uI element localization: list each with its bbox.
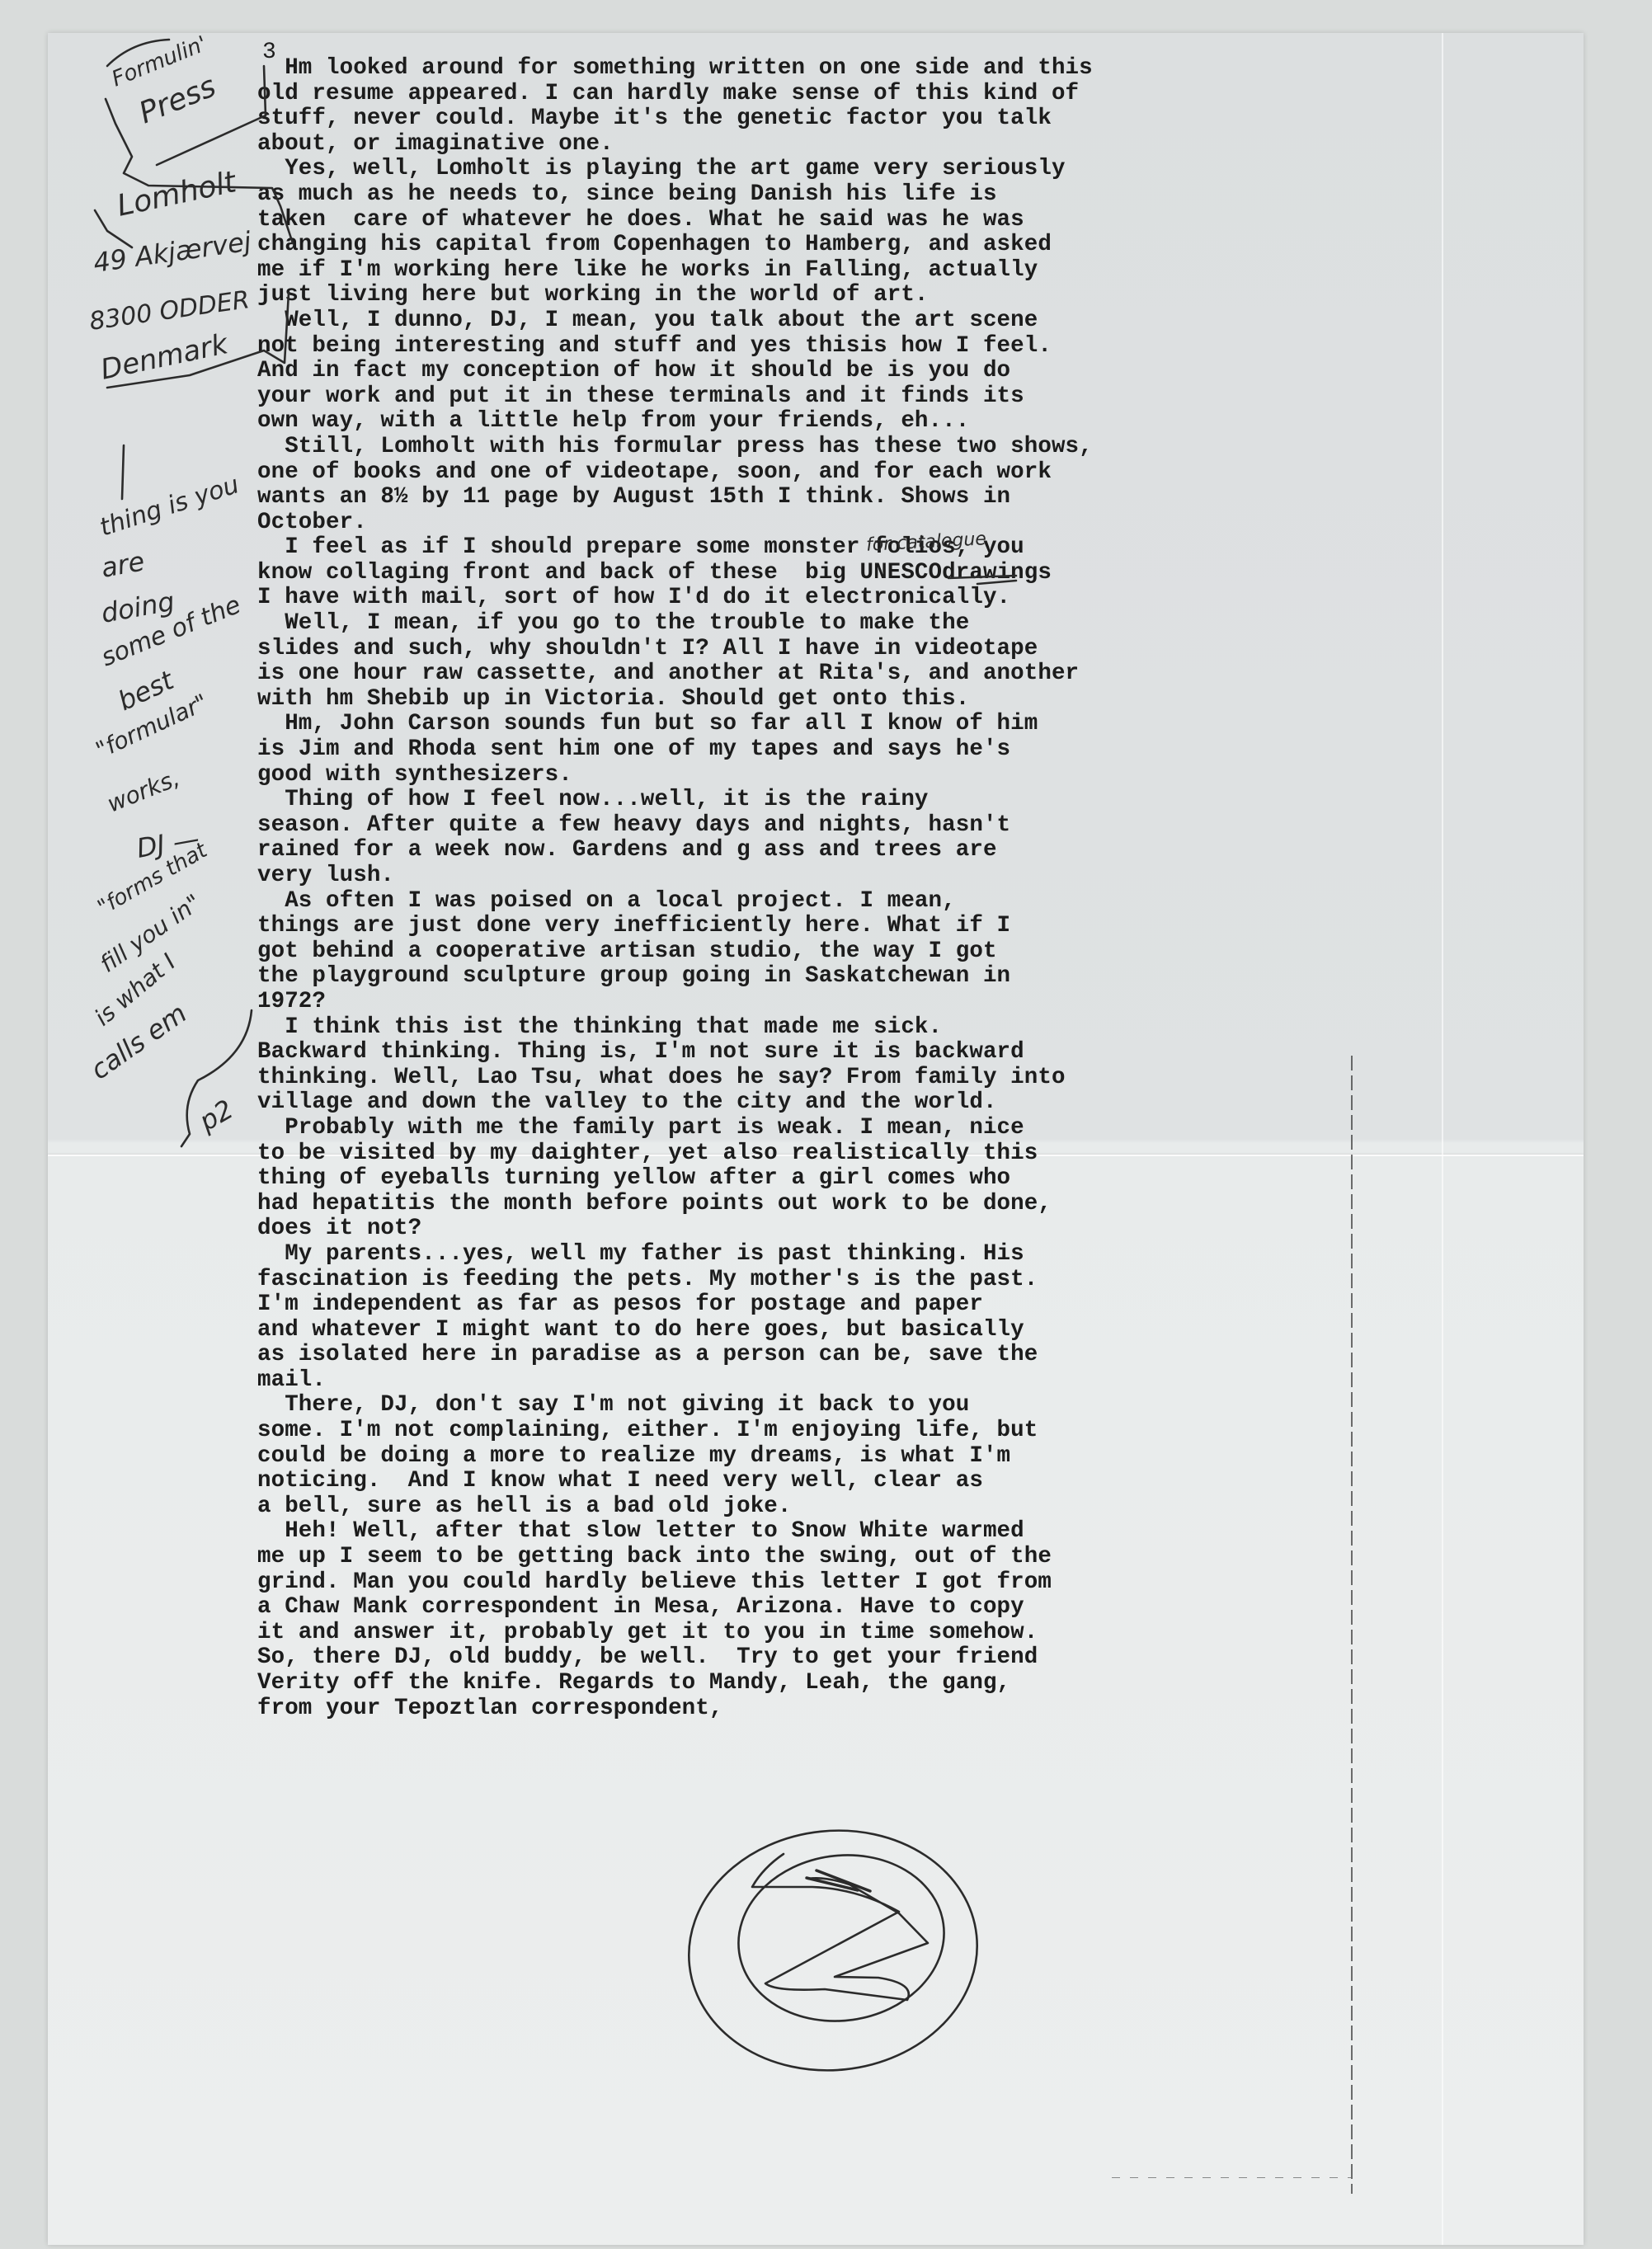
text-line: as much as he needs to, since being Dani… — [257, 182, 1330, 208]
text-line: had hepatitis the month before points ou… — [257, 1192, 1330, 1217]
text-line: Probably with me the family part is weak… — [257, 1116, 1330, 1141]
text-line: the playground sculpture group going in … — [257, 964, 1330, 990]
text-line: I have with mail, sort of how I'd do it … — [257, 586, 1330, 611]
text-line: your work and put it in these terminals … — [257, 384, 1330, 410]
text-line: and whatever I might want to do here goe… — [257, 1318, 1330, 1343]
text-line: is Jim and Rhoda sent him one of my tape… — [257, 737, 1330, 763]
text-line: So, there DJ, old buddy, be well. Try to… — [257, 1645, 1330, 1671]
text-line: mail. — [257, 1368, 1330, 1394]
text-line: not being interesting and stuff and yes … — [257, 334, 1330, 360]
text-line: got behind a cooperative artisan studio,… — [257, 939, 1330, 965]
text-line: from your Tepoztlan correspondent, — [257, 1696, 1330, 1722]
text-line: My parents...yes, well my father is past… — [257, 1242, 1330, 1268]
text-line: things are just done very inefficiently … — [257, 914, 1330, 939]
text-line: good with synthesizers. — [257, 763, 1330, 788]
text-line: know collaging front and back of these b… — [257, 561, 1330, 586]
text-line: with hm Shebib up in Victoria. Should ge… — [257, 687, 1330, 713]
text-line: taken care of whatever he does. What he … — [257, 208, 1330, 233]
letter-body: Hm looked around for something written o… — [257, 56, 1330, 1721]
text-line: village and down the valley to the city … — [257, 1090, 1330, 1116]
text-line: Backward thinking. Thing is, I'm not sur… — [257, 1040, 1330, 1066]
text-line: old resume appeared. I can hardly make s… — [257, 82, 1330, 107]
text-line: thing of eyeballs turning yellow after a… — [257, 1166, 1330, 1192]
text-line: slides and such, why shouldn't I? All I … — [257, 637, 1330, 662]
text-line: to be visited by my daighter, yet also r… — [257, 1141, 1330, 1167]
text-line: grind. Man you could hardly believe this… — [257, 1570, 1330, 1596]
text-line: Yes, well, Lomholt is playing the art ga… — [257, 157, 1330, 182]
text-line: I feel as if I should prepare some monst… — [257, 535, 1330, 561]
text-line: October. — [257, 510, 1330, 536]
text-line: wants an 8½ by 11 page by August 15th I … — [257, 485, 1330, 510]
text-line: does it not? — [257, 1216, 1330, 1242]
text-line: as isolated here in paradise as a person… — [257, 1343, 1330, 1368]
text-line: Well, I mean, if you go to the trouble t… — [257, 611, 1330, 637]
text-line: Hm looked around for something written o… — [257, 56, 1330, 82]
text-line: Thing of how I feel now...well, it is th… — [257, 788, 1330, 813]
text-line: it and answer it, probably get it to you… — [257, 1621, 1330, 1646]
text-line: rained for a week now. Gardens and g ass… — [257, 838, 1330, 863]
text-line: just living here but working in the worl… — [257, 283, 1330, 308]
text-line: noticing. And I know what I need very we… — [257, 1469, 1330, 1494]
text-line: a bell, sure as hell is a bad old joke. — [257, 1494, 1330, 1520]
text-line: could be doing a more to realize my drea… — [257, 1444, 1330, 1470]
text-line: I think this ist the thinking that made … — [257, 1015, 1330, 1041]
text-line: And in fact my conception of how it shou… — [257, 359, 1330, 384]
right-margin-mark — [1351, 1056, 1353, 2194]
text-line: season. After quite a few heavy days and… — [257, 813, 1330, 839]
text-line: me up I seem to be getting back into the… — [257, 1545, 1330, 1570]
text-line: own way, with a little help from your fr… — [257, 409, 1330, 435]
text-line: I'm independent as far as pesos for post… — [257, 1292, 1330, 1318]
text-line: me if I'm working here like he works in … — [257, 258, 1330, 284]
text-line: Still, Lomholt with his formular press h… — [257, 435, 1330, 460]
text-line: Hm, John Carson sounds fun but so far al… — [257, 712, 1330, 737]
text-line: stuff, never could. Maybe it's the genet… — [257, 106, 1330, 132]
text-line: There, DJ, don't say I'm not giving it b… — [257, 1393, 1330, 1419]
text-line: some. I'm not complaining, either. I'm e… — [257, 1419, 1330, 1444]
text-line: one of books and one of videotape, soon,… — [257, 460, 1330, 486]
vertical-crease — [1442, 33, 1443, 2245]
text-line: Heh! Well, after that slow letter to Sno… — [257, 1519, 1330, 1545]
text-line: As often I was poised on a local project… — [257, 889, 1330, 915]
text-line: about, or imaginative one. — [257, 132, 1330, 158]
text-line: a Chaw Mank correspondent in Mesa, Arizo… — [257, 1595, 1330, 1621]
text-line: Well, I dunno, DJ, I mean, you talk abou… — [257, 308, 1330, 334]
text-line: fascination is feeding the pets. My moth… — [257, 1268, 1330, 1293]
text-line: changing his capital from Copenhagen to … — [257, 233, 1330, 258]
text-line: is one hour raw cassette, and another at… — [257, 661, 1330, 687]
text-line: Verity off the knife. Regards to Mandy, … — [257, 1671, 1330, 1696]
text-line: thinking. Well, Lao Tsu, what does he sa… — [257, 1066, 1330, 1091]
text-line: very lush. — [257, 863, 1330, 889]
text-line: 1972? — [257, 990, 1330, 1015]
bottom-margin-mark — [1112, 2177, 1351, 2178]
